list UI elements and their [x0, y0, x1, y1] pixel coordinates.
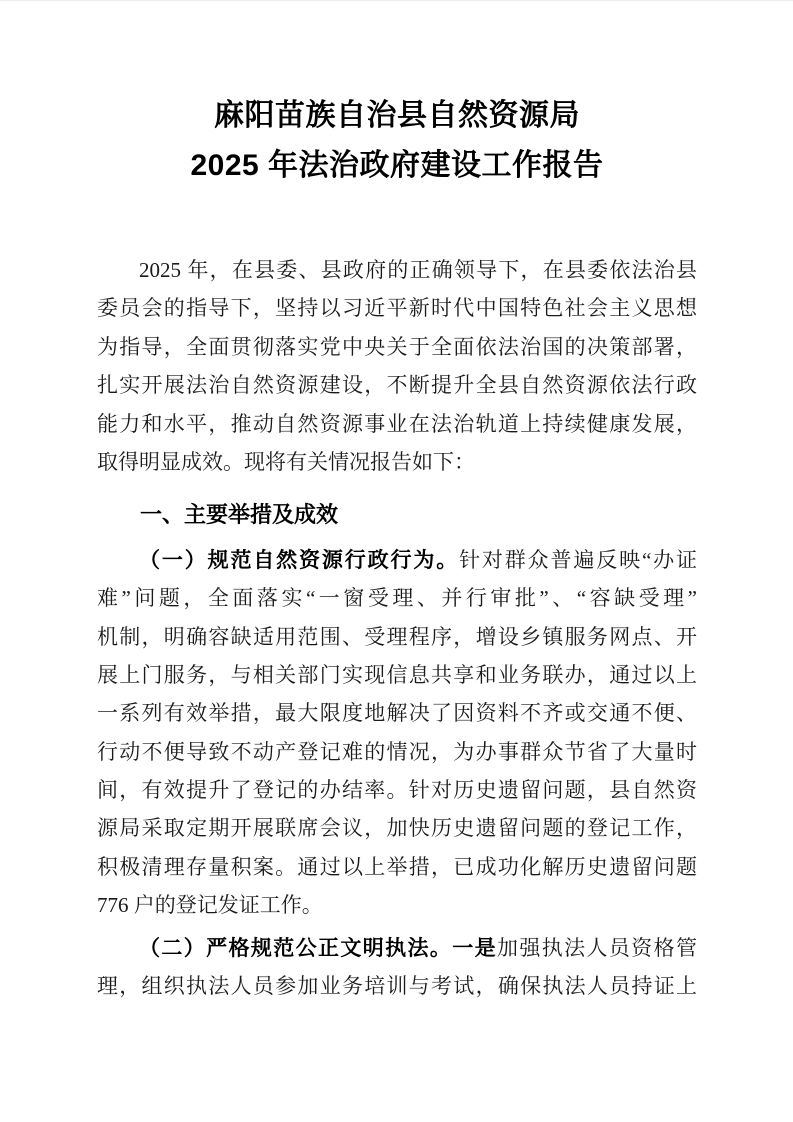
subsection-1-lead: （一）规范自然资源行政行为。: [139, 548, 459, 572]
document-title-line-2: 2025 年法治政府建设工作报告: [97, 145, 697, 187]
text-line: 难”问题，全面落实“一窗受理、并行审批”、“容缺受理”: [97, 579, 697, 617]
text-line: 行动不便导致不动产登记难的情况，为办事群众节省了大量时: [97, 733, 697, 771]
text-line: 源局采取定期开展联席会议，加快历史遗留问题的登记工作，: [97, 809, 697, 847]
paragraph-intro: 2025 年，在县委、县政府的正确领导下，在县委依法治县 委员会的指导下，坚持以…: [97, 251, 697, 481]
subsection-2-lead: （二）严格规范公正文明执法。一是: [139, 936, 497, 960]
text-line: 扎实开展法治自然资源建设，不断提升全县自然资源依法行政: [97, 366, 697, 404]
text-line: （二）严格规范公正文明执法。一是加强执法人员资格管: [97, 929, 697, 967]
text-line: 776 户的登记发证工作。: [97, 886, 697, 924]
text-line: 间，有效提升了登记的办结率。针对历史遗留问题，县自然资: [97, 771, 697, 809]
text-line: 取得明显成效。现将有关情况报告如下：: [97, 443, 697, 481]
document-page: 麻阳苗族自治县自然资源局 2025 年法治政府建设工作报告 2025 年，在县委…: [0, 0, 793, 1122]
text-line: （一）规范自然资源行政行为。针对群众普遍反映“办证: [97, 541, 697, 579]
text-line: 能力和水平，推动自然资源事业在法治轨道上持续健康发展，: [97, 405, 697, 443]
text-line: 理，组织执法人员参加业务培训与考试，确保执法人员持证上: [97, 967, 697, 1005]
text-line: 委员会的指导下，坚持以习近平新时代中国特色社会主义思想: [97, 289, 697, 327]
paragraph-subsection-1: （一）规范自然资源行政行为。针对群众普遍反映“办证 难”问题，全面落实“一窗受理…: [97, 541, 697, 925]
text-line: 展上门服务，与相关部门实现信息共享和业务联办，通过以上: [97, 656, 697, 694]
text-line: 为指导，全面贯彻落实党中央关于全面依法治国的决策部署，: [97, 328, 697, 366]
document-title-line-1: 麻阳苗族自治县自然资源局: [97, 95, 697, 137]
text-line: 机制，明确容缺适用范围、受理程序，增设乡镇服务网点、开: [97, 618, 697, 656]
subsection-1-lead-rest: 针对群众普遍反映“办证: [459, 548, 697, 572]
section-heading-1: 一、主要举措及成效: [97, 496, 697, 534]
text-line: 2025 年，在县委、县政府的正确领导下，在县委依法治县: [97, 251, 697, 289]
text-line: 积极清理存量积案。通过以上举措，已成功化解历史遗留问题: [97, 848, 697, 886]
subsection-2-lead-rest: 加强执法人员资格管: [497, 936, 697, 960]
paragraph-subsection-2: （二）严格规范公正文明执法。一是加强执法人员资格管 理，组织执法人员参加业务培训…: [97, 929, 697, 1006]
text-line: 一系列有效举措，最大限度地解决了因资料不齐或交通不便、: [97, 694, 697, 732]
